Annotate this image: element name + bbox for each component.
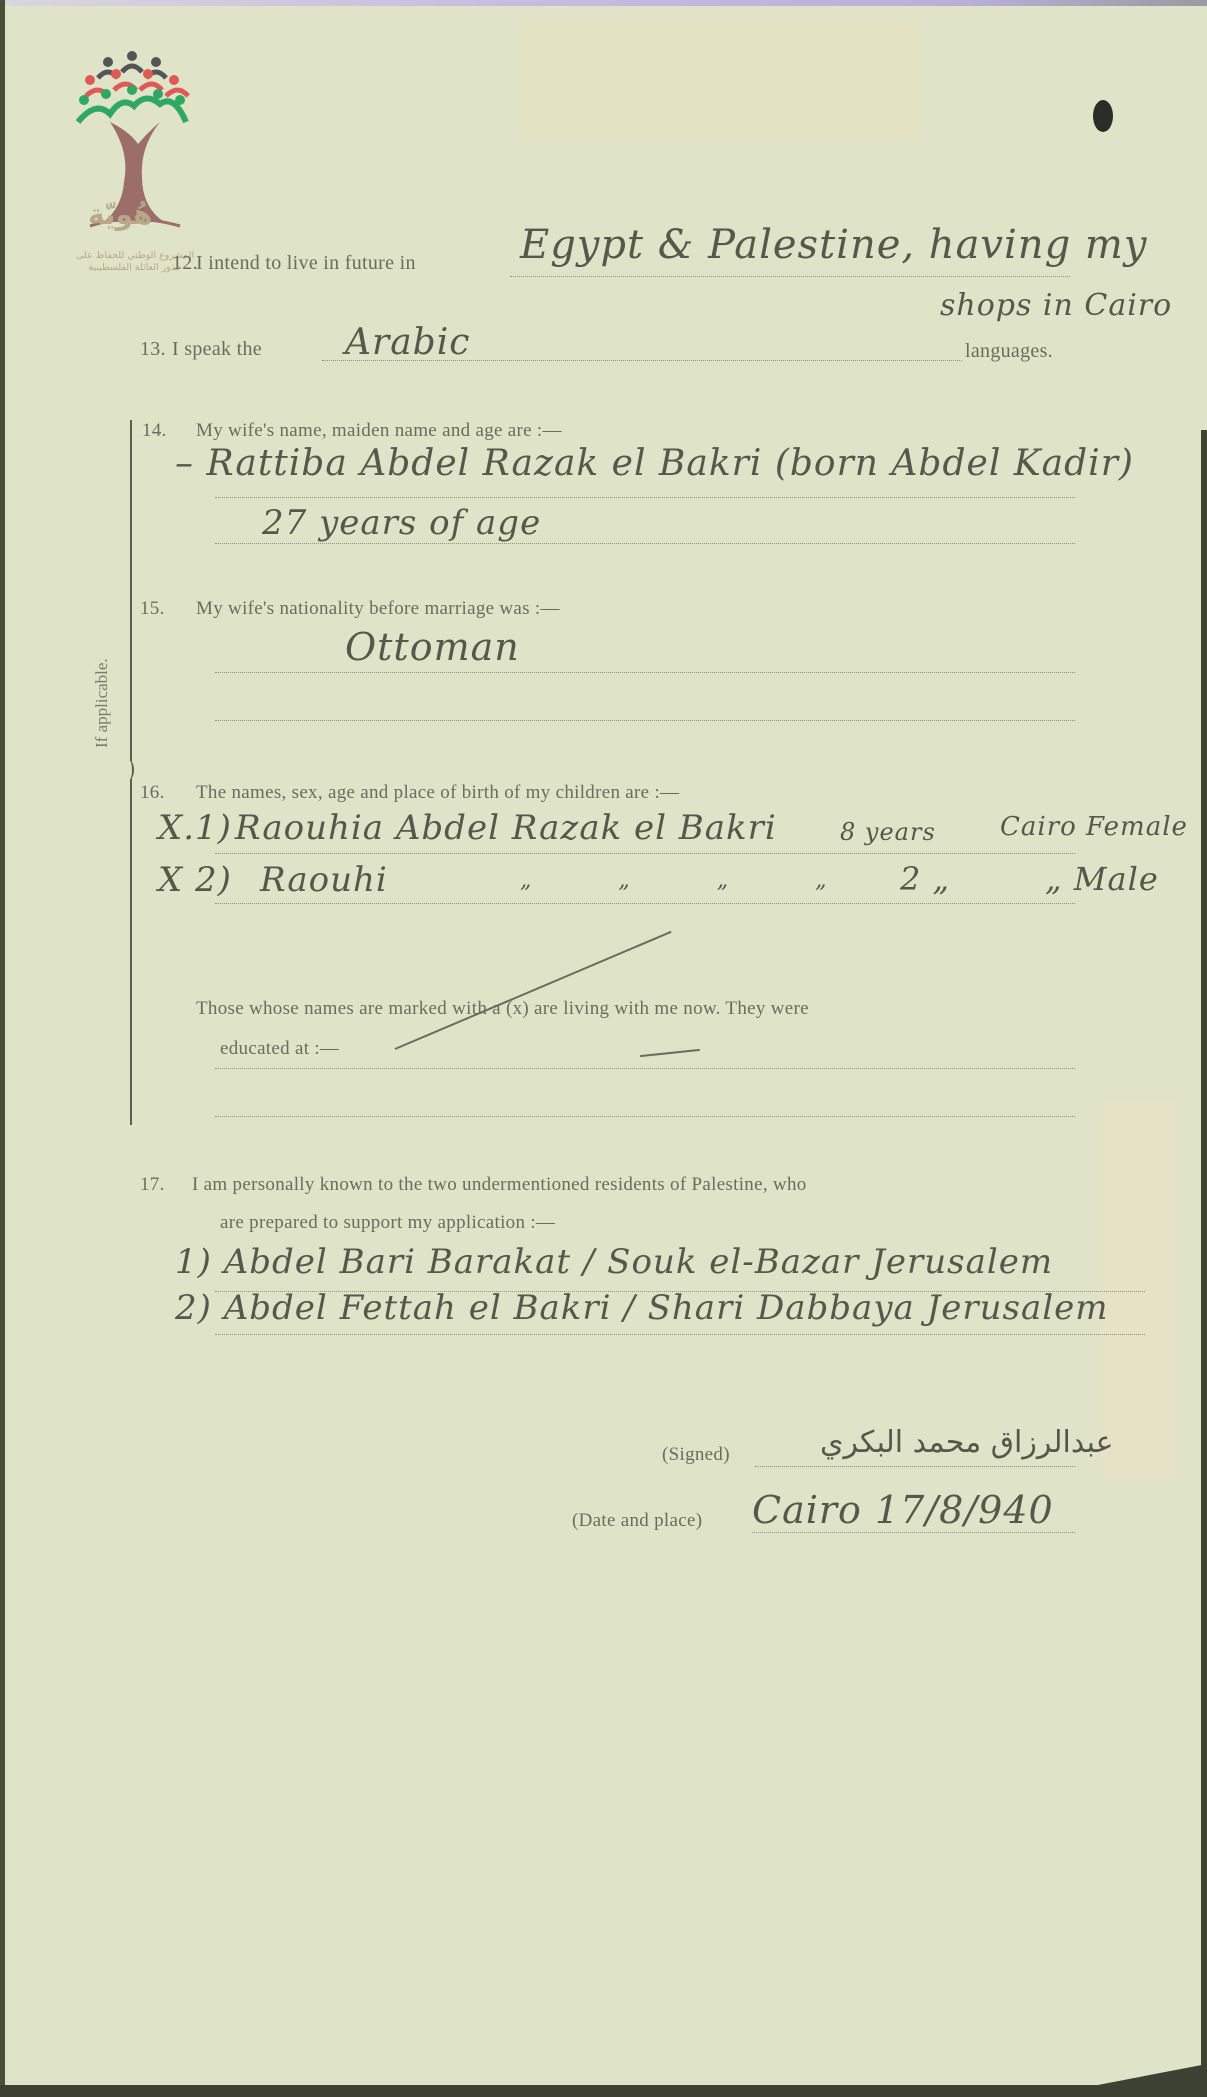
q16-row2-rule xyxy=(215,903,1075,904)
cancel-stroke xyxy=(395,931,672,1050)
child-place-sex: „ Male xyxy=(1045,860,1159,898)
q17-label-line1: I am personally known to the two underme… xyxy=(192,1174,807,1196)
page-corner-fold xyxy=(1077,2064,1207,2089)
q16-educated-rule1 xyxy=(215,1068,1075,1069)
q12-answer-line xyxy=(510,276,1070,277)
q12-answer-line1: Egypt & Palestine, having my xyxy=(520,222,1147,268)
child-age: 2 „ xyxy=(900,860,950,898)
referee-2: 2) Abdel Fettah el Bakri / Shari Dabbaya… xyxy=(175,1288,1108,1328)
child-mark: X 2) xyxy=(158,860,232,900)
child-name: Raouhi xyxy=(260,860,388,900)
scan-top-edge xyxy=(0,0,1207,6)
q13-label: I speak the xyxy=(172,338,262,361)
q14-answer-line1: – Rattiba Abdel Razak el Bakri (born Abd… xyxy=(175,443,1134,484)
q14-answer-line1-rule xyxy=(215,497,1075,498)
scan-right-edge xyxy=(1201,430,1207,2097)
q14-number: 14. xyxy=(142,420,167,442)
q16-number: 16. xyxy=(140,782,165,804)
child-age: 8 years xyxy=(840,818,936,846)
q12-label: I intend to live in future in xyxy=(196,252,416,275)
q12-number: 12. xyxy=(172,252,198,275)
signed-label: (Signed) xyxy=(662,1444,730,1466)
q14-answer-line2-rule xyxy=(215,543,1075,544)
cancel-stroke-tail xyxy=(640,1049,700,1057)
child-mark: X.1) xyxy=(158,808,232,848)
date-place-value: Cairo 17/8/940 xyxy=(752,1488,1054,1532)
q12-answer-line2: shops in Cairo xyxy=(940,288,1172,323)
date-place-rule xyxy=(752,1532,1075,1533)
q13-suffix: languages. xyxy=(965,340,1053,363)
child-ditto: „ „ „ „ xyxy=(520,868,867,893)
q14-label: My wife's name, maiden name and age are … xyxy=(196,420,562,442)
paper-stain xyxy=(520,20,920,140)
q17-label-line2: are prepared to support my application :… xyxy=(220,1212,555,1234)
q15-number: 15. xyxy=(140,598,165,620)
child-place-sex: Cairo Female xyxy=(1000,812,1188,842)
child-name: Raouhia Abdel Razak el Bakri xyxy=(235,808,777,848)
logo-title: هُويّة xyxy=(88,198,152,231)
q15-answer-rule xyxy=(215,672,1075,673)
q15-blank-rule xyxy=(215,720,1075,721)
q16-educated-rule2 xyxy=(215,1116,1075,1117)
family-tree-logo-icon xyxy=(70,50,200,275)
q13-answer: Arabic xyxy=(345,322,470,363)
q17-number: 17. xyxy=(140,1174,165,1196)
signature-value: عبدالرزاق محمد البكري xyxy=(820,1425,1114,1460)
q15-label: My wife's nationality before marriage wa… xyxy=(196,598,560,620)
if-applicable-bracket-notch xyxy=(124,760,134,780)
q16-row1-rule xyxy=(215,853,1075,854)
q16-note-line2: educated at :— xyxy=(220,1038,339,1060)
paper-stain xyxy=(1100,1100,1180,1480)
q15-answer: Ottoman xyxy=(345,625,520,669)
date-place-label: (Date and place) xyxy=(572,1510,702,1532)
q16-label: The names, sex, age and place of birth o… xyxy=(196,782,679,804)
q13-number: 13. xyxy=(140,338,166,361)
signed-rule xyxy=(755,1466,1075,1467)
scan-left-edge xyxy=(0,0,5,2097)
punch-hole xyxy=(1093,100,1113,132)
q14-answer-line2: 27 years of age xyxy=(262,503,541,543)
q17-referee2-rule xyxy=(215,1334,1145,1335)
if-applicable-label: If applicable. xyxy=(92,658,112,748)
scan-bottom-edge xyxy=(0,2085,1207,2097)
referee-1: 1) Abdel Bari Barakat / Souk el-Bazar Je… xyxy=(175,1242,1053,1282)
